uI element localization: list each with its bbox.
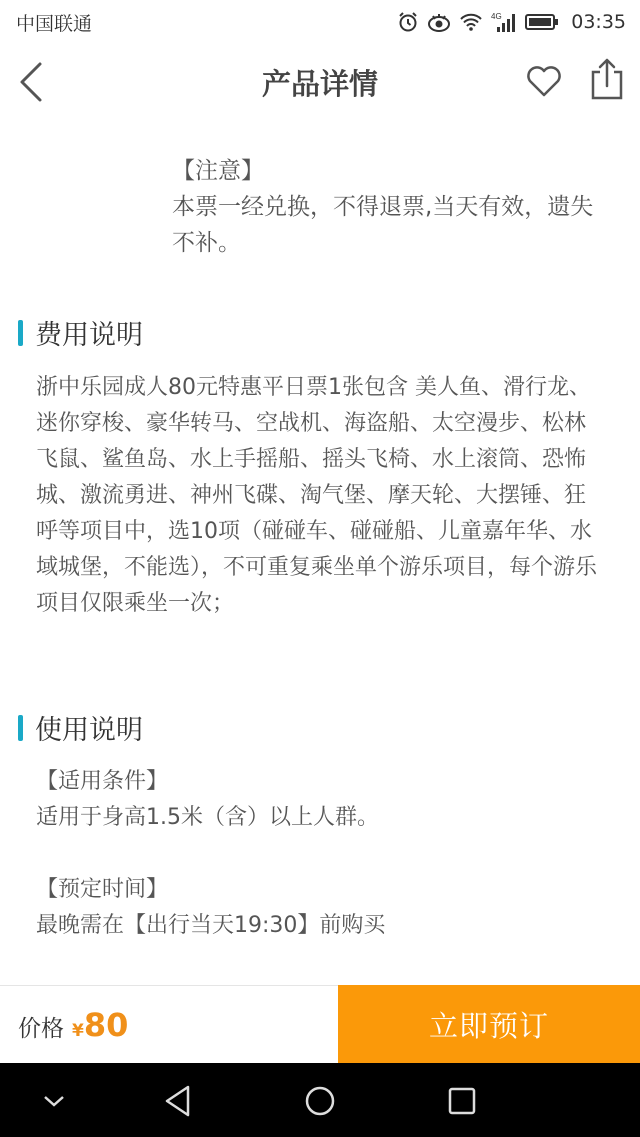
chevron-left-icon [14, 60, 50, 104]
system-recents-button[interactable] [442, 1081, 482, 1121]
notice-text: 本票一经兑换，不得退票,当天有效，遗失不补。 [172, 189, 612, 261]
recents-square-icon [442, 1081, 482, 1121]
collapse-nav-button[interactable] [34, 1081, 74, 1121]
price-label: 价格 [18, 1010, 64, 1043]
share-button[interactable] [590, 56, 624, 102]
alarm-icon [397, 11, 419, 33]
section-accent-bar [18, 715, 23, 741]
booking-time: 【预定时间】 最晚需在【出行当天19:30】前购买 [36, 872, 606, 944]
heart-outline-icon [524, 60, 564, 100]
price-value: 80 [84, 1006, 129, 1044]
usage-condition-heading: 【适用条件】 [36, 764, 606, 800]
system-home-button[interactable] [300, 1081, 340, 1121]
notice-block: 【注意】 本票一经兑换，不得退票,当天有效，遗失不补。 [172, 153, 612, 261]
booking-time-heading: 【预定时间】 [36, 872, 606, 908]
home-circle-icon [300, 1081, 340, 1121]
section-accent-bar [18, 320, 23, 346]
favorite-button[interactable] [524, 60, 564, 100]
price-display: 价格 ¥ 80 [18, 1006, 128, 1044]
fee-section-label: 费用说明 [35, 313, 143, 352]
book-now-button[interactable]: 立即预订 [338, 985, 640, 1063]
eye-comfort-icon [427, 11, 451, 33]
usage-condition: 【适用条件】 适用于身高1.5米（含）以上人群。 [36, 764, 606, 836]
fee-description: 浙中乐园成人80元特惠平日票1张包含 美人鱼、滑行龙、迷你穿梭、豪华转马、空战机… [36, 370, 606, 622]
svg-text:4G: 4G [491, 12, 502, 21]
usage-section-title: 使用说明 [18, 708, 143, 747]
carrier-name: 中国联通 [16, 9, 92, 36]
collapse-icon [34, 1081, 74, 1121]
usage-condition-text: 适用于身高1.5米（含）以上人群。 [36, 800, 606, 836]
system-back-button[interactable] [158, 1081, 198, 1121]
status-icons: 4G 03:35 [397, 11, 626, 33]
usage-section-label: 使用说明 [35, 708, 143, 747]
back-button[interactable] [14, 60, 50, 104]
battery-icon [525, 12, 559, 32]
status-bar: 中国联通 4G 03:35 [0, 0, 640, 44]
bottom-purchase-bar: 价格 ¥ 80 立即预订 [0, 985, 640, 1063]
fee-section-title: 费用说明 [18, 313, 143, 352]
wifi-icon [459, 12, 483, 32]
clock: 03:35 [571, 11, 626, 33]
signal-4g-icon: 4G [491, 11, 517, 33]
notice-heading: 【注意】 [172, 153, 612, 189]
system-nav-bar [0, 1063, 640, 1137]
currency-symbol: ¥ [72, 1021, 84, 1041]
nav-bar: 产品详情 [0, 44, 640, 120]
share-icon [590, 56, 624, 102]
back-triangle-icon [158, 1081, 198, 1121]
product-detail-content[interactable]: 【注意】 本票一经兑换，不得退票,当天有效，遗失不补。 费用说明 浙中乐园成人8… [0, 120, 640, 984]
booking-time-text: 最晚需在【出行当天19:30】前购买 [36, 908, 606, 944]
